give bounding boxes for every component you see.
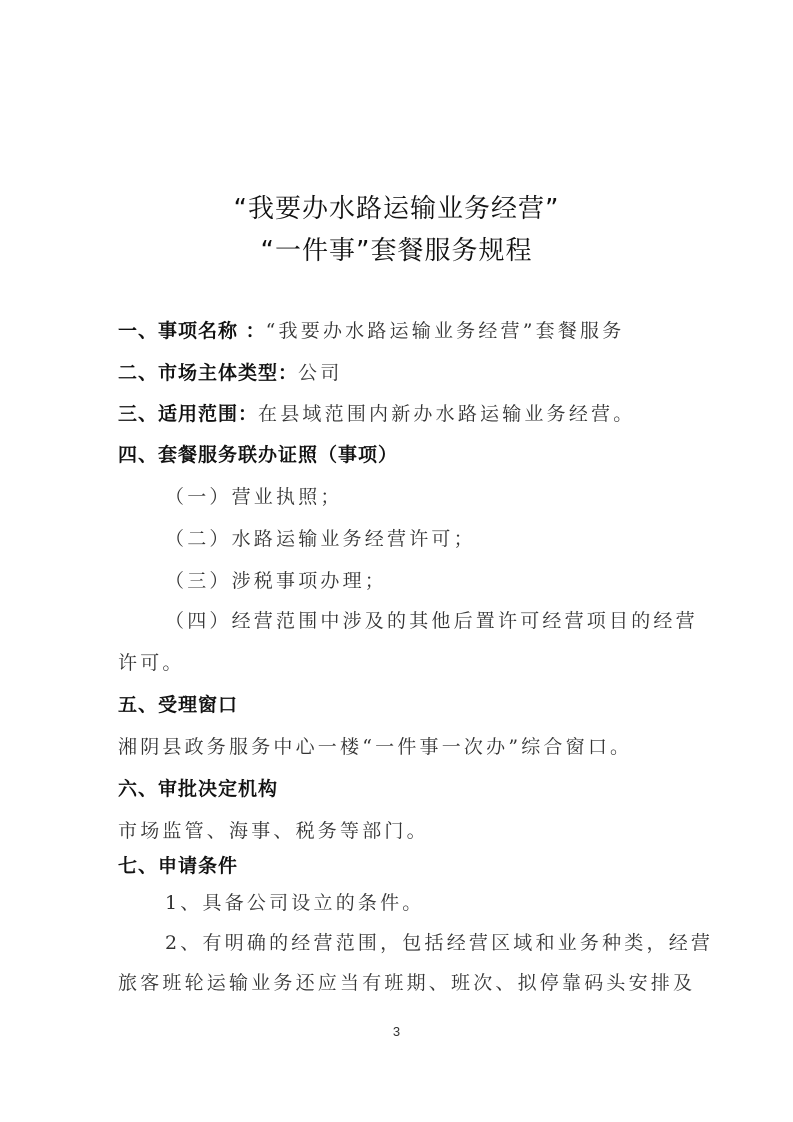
section-2-heading: 二、市场主体类型： — [118, 362, 298, 384]
title-line-2: “一件事”套餐服务规程 — [0, 230, 793, 267]
license-item-4: （四）经营范围中涉及的其他后置许可经营项目的经营 — [165, 606, 698, 633]
section-5-text: 湘阴县政务服务中心一楼“一件事一次办”综合窗口。 — [118, 732, 632, 759]
license-item-4-cont: 许可。 — [118, 648, 185, 675]
section-1-heading: 一、事项名称 ： — [118, 320, 266, 342]
section-3: 三、适用范围：在县域范围内新办水路运输业务经营。 — [118, 399, 635, 426]
document-page: “我要办水路运输业务经营” “一件事”套餐服务规程 一、事项名称 ：“我要办水路… — [0, 0, 793, 1122]
section-3-heading: 三、适用范围： — [118, 403, 258, 425]
section-2-text: 公司 — [298, 362, 342, 384]
section-1: 一、事项名称 ：“我要办水路运输业务经营”套餐服务 — [118, 316, 624, 343]
section-6-text: 市场监管、海事、税务等部门。 — [118, 816, 429, 843]
section-2: 二、市场主体类型：公司 — [118, 358, 342, 385]
title-line-1: “我要办水路运输业务经营” — [0, 188, 793, 225]
condition-item-2-cont: 旅客班轮运输业务还应当有班期、班次、拟停靠码头安排及 — [118, 968, 695, 995]
page-number: 3 — [0, 1024, 793, 1039]
section-5-heading: 五、受理窗口 — [118, 690, 238, 717]
section-3-text: 在县域范围内新办水路运输业务经营。 — [258, 403, 635, 425]
license-item-3: （三）涉税事项办理； — [165, 566, 387, 593]
section-6-heading: 六、审批决定机构 — [118, 774, 278, 801]
section-7-heading: 七、申请条件 — [118, 851, 238, 878]
license-item-2: （二）水路运输业务经营许可； — [165, 524, 476, 551]
section-1-text: “我要办水路运输业务经营”套餐服务 — [266, 320, 625, 342]
condition-item-1: 1、具备公司设立的条件。 — [165, 888, 425, 915]
section-4: 四、套餐服务联办证照（事项） — [118, 440, 398, 467]
license-item-1: （一）营业执照； — [165, 482, 343, 509]
section-4-heading: 四、套餐服务联办证照（事项） — [118, 444, 398, 466]
condition-item-2: 2、有明确的经营范围，包括经营区域和业务种类，经营 — [165, 928, 713, 955]
